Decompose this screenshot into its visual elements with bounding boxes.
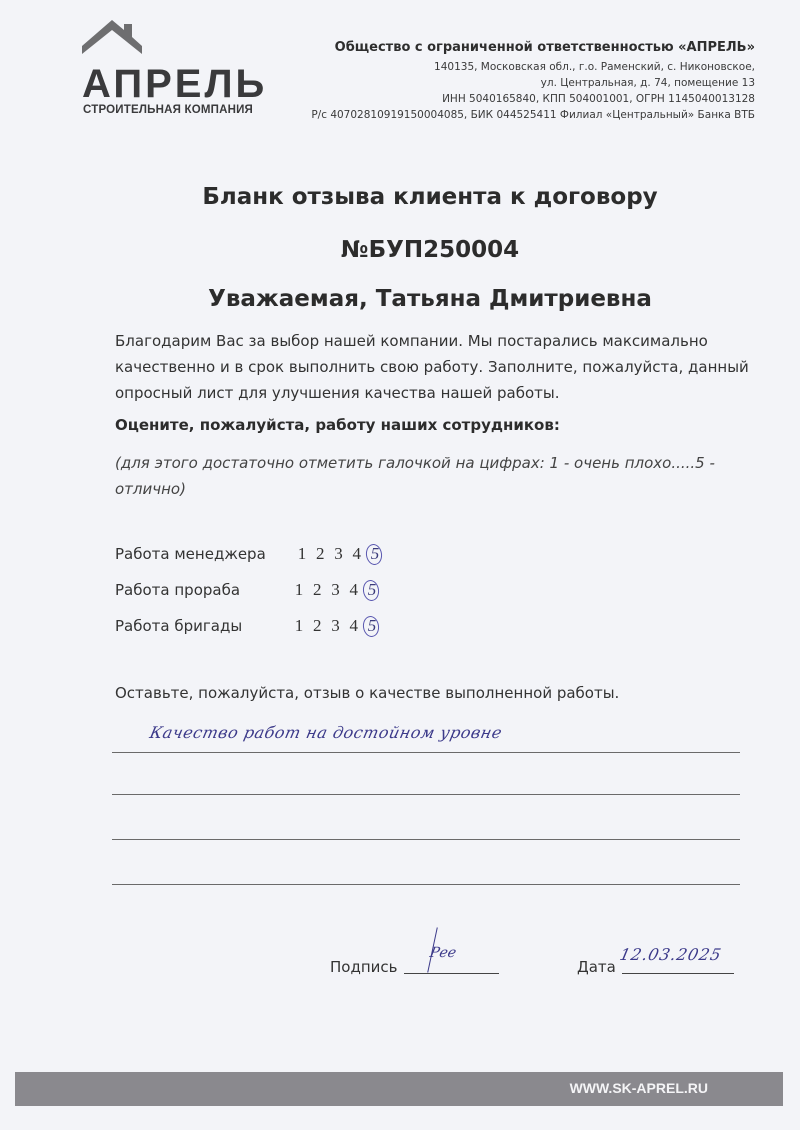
rating-option-4[interactable]: 4: [347, 580, 361, 600]
house-roof-icon: [82, 18, 152, 56]
company-requisites: Общество с ограниченной ответственностью…: [311, 40, 755, 123]
rating-option-2[interactable]: 2: [310, 616, 324, 636]
rating-option-2[interactable]: 2: [313, 544, 327, 564]
date-line[interactable]: [622, 973, 734, 974]
rating-label: Работа менеджера: [115, 545, 266, 563]
org-name: Общество с ограниченной ответственностью…: [311, 40, 755, 55]
rating-scale: 1 2 3 4 5: [295, 544, 382, 564]
client-greeting: Уважаемая, Татьяна Дмитриевна: [0, 286, 800, 312]
footer-website-link[interactable]: WWW.SK-APREL.RU: [570, 1080, 708, 1096]
rating-scale: 1 2 3 4 5: [292, 580, 379, 600]
rating-option-1[interactable]: 1: [295, 544, 309, 564]
company-logo: АПРЕЛЬ СТРОИТЕЛЬНАЯ КОМПАНИЯ: [80, 18, 280, 118]
feedback-line-2[interactable]: [112, 794, 740, 795]
feedback-line-3[interactable]: [112, 839, 740, 840]
rating-heading: Оцените, пожалуйста, работу наших сотруд…: [115, 416, 560, 434]
rating-scale: 1 2 3 4 5: [292, 616, 379, 636]
signature-label: Подпись: [330, 958, 397, 976]
feedback-label: Оставьте, пожалуйста, отзыв о качестве в…: [115, 684, 619, 702]
rating-option-1[interactable]: 1: [292, 616, 306, 636]
rating-option-5-selected[interactable]: 5: [368, 544, 382, 564]
feedback-handwritten-text[interactable]: Качество работ на достойном уровне: [148, 723, 504, 742]
signature-handwritten[interactable]: Рее: [428, 945, 457, 961]
rating-option-2[interactable]: 2: [310, 580, 324, 600]
date-handwritten[interactable]: 12.03.2025: [618, 945, 724, 964]
rating-label: Работа прораба: [115, 581, 240, 599]
logo-name: АПРЕЛЬ: [82, 62, 267, 107]
contract-number: №БУП250004: [0, 237, 800, 263]
rating-option-5-selected[interactable]: 5: [365, 580, 379, 600]
rating-label: Работа бригады: [115, 617, 242, 635]
signature-line[interactable]: [404, 973, 499, 974]
rating-option-3[interactable]: 3: [332, 544, 346, 564]
logo-subtitle: СТРОИТЕЛЬНАЯ КОМПАНИЯ: [83, 104, 253, 116]
requisites-line: ул. Центральная, д. 74, помещение 13: [311, 75, 755, 91]
requisites-line: 140135, Московская обл., г.о. Раменский,…: [311, 59, 755, 75]
rating-option-3[interactable]: 3: [329, 580, 343, 600]
rating-option-4[interactable]: 4: [350, 544, 364, 564]
feedback-form-page: АПРЕЛЬ СТРОИТЕЛЬНАЯ КОМПАНИЯ Общество с …: [0, 0, 800, 1130]
date-label: Дата: [577, 958, 616, 976]
requisites-line: ИНН 5040165840, КПП 504001001, ОГРН 1145…: [311, 91, 755, 107]
rating-option-4[interactable]: 4: [347, 616, 361, 636]
rating-option-5-selected[interactable]: 5: [365, 616, 379, 636]
rating-hint: (для этого достаточно отметить галочкой …: [115, 450, 715, 502]
intro-paragraph: Благодарим Вас за выбор нашей компании. …: [115, 328, 755, 406]
form-title: Бланк отзыва клиента к договору: [0, 184, 800, 210]
footer-bar: WWW.SK-APREL.RU: [15, 1072, 783, 1106]
requisites-line: Р/с 40702810919150004085, БИК 044525411 …: [311, 107, 755, 123]
feedback-line-1[interactable]: [112, 752, 740, 753]
feedback-line-4[interactable]: [112, 884, 740, 885]
rating-option-1[interactable]: 1: [292, 580, 306, 600]
rating-option-3[interactable]: 3: [329, 616, 343, 636]
